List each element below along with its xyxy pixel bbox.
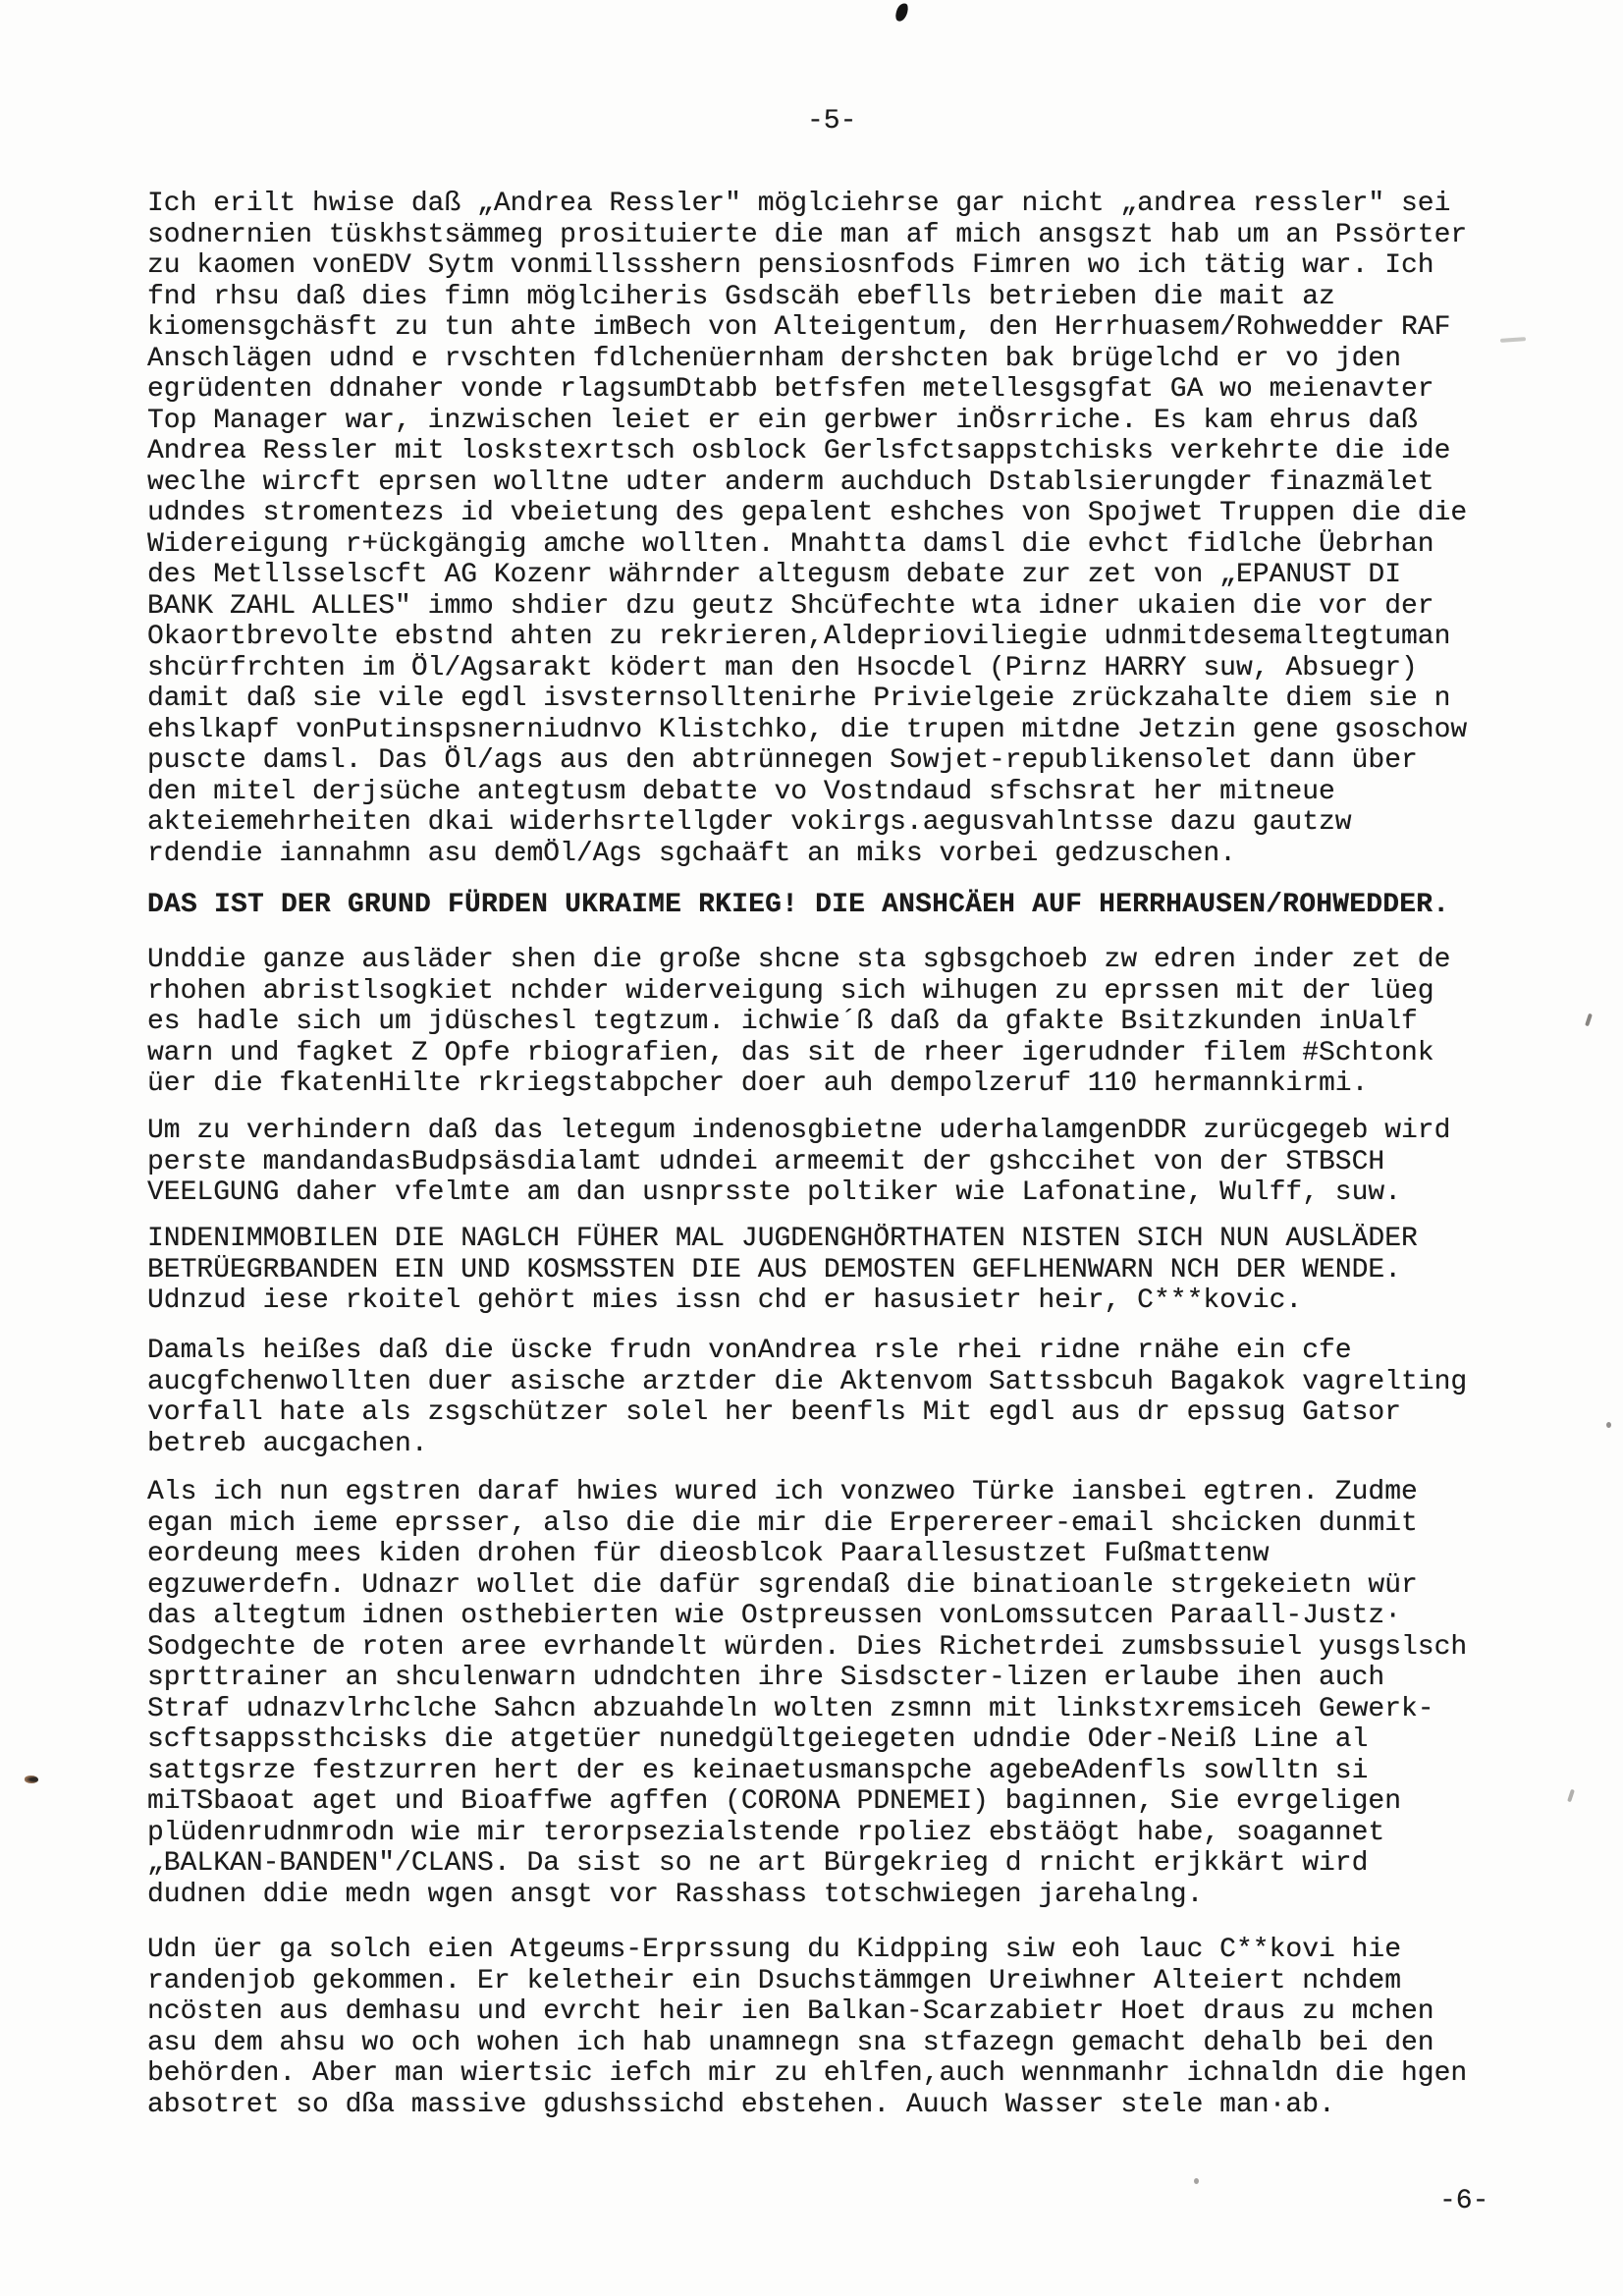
heading-claim: DAS IST DER GRUND FÜRDEN UKRAIME RKIEG! … [147,890,1449,921]
scan-speck-bottom [1194,2178,1199,2184]
ink-mark-top [894,2,909,23]
page-number-footer: -6- [1439,2186,1488,2217]
scan-mark-right-4 [1567,1789,1575,1803]
paragraph-3: Um zu verhindern daß das letegum indenos… [147,1116,1450,1209]
paragraph-6: Als ich nun egstren daraf hwies wured ic… [147,1477,1467,1910]
paragraph-4-caps: INDENIMMOBILEN DIE NAGLCH FÜHER MAL JUGD… [147,1224,1418,1317]
scan-mark-right-2 [1585,1013,1593,1027]
scan-speck-right-3 [1606,1422,1611,1428]
paragraph-2: Unddie ganze ausläder shen die große shc… [147,945,1450,1100]
page-number-header: -5- [807,106,856,137]
scanned-document-page: -5- Ich erilt hwise daß „Andrea Ressler"… [0,0,1623,2296]
paragraph-7: Udn üer ga solch eien Atgeums-Erprssung … [147,1935,1467,2120]
paragraph-intro: Ich erilt hwise daß „Andrea Ressler" mög… [147,189,1467,869]
scan-speck-left [25,1776,38,1783]
paragraph-5: Damals heißes daß die üscke frudn vonAnd… [147,1336,1467,1459]
scan-smudge-right-1 [1500,337,1526,343]
